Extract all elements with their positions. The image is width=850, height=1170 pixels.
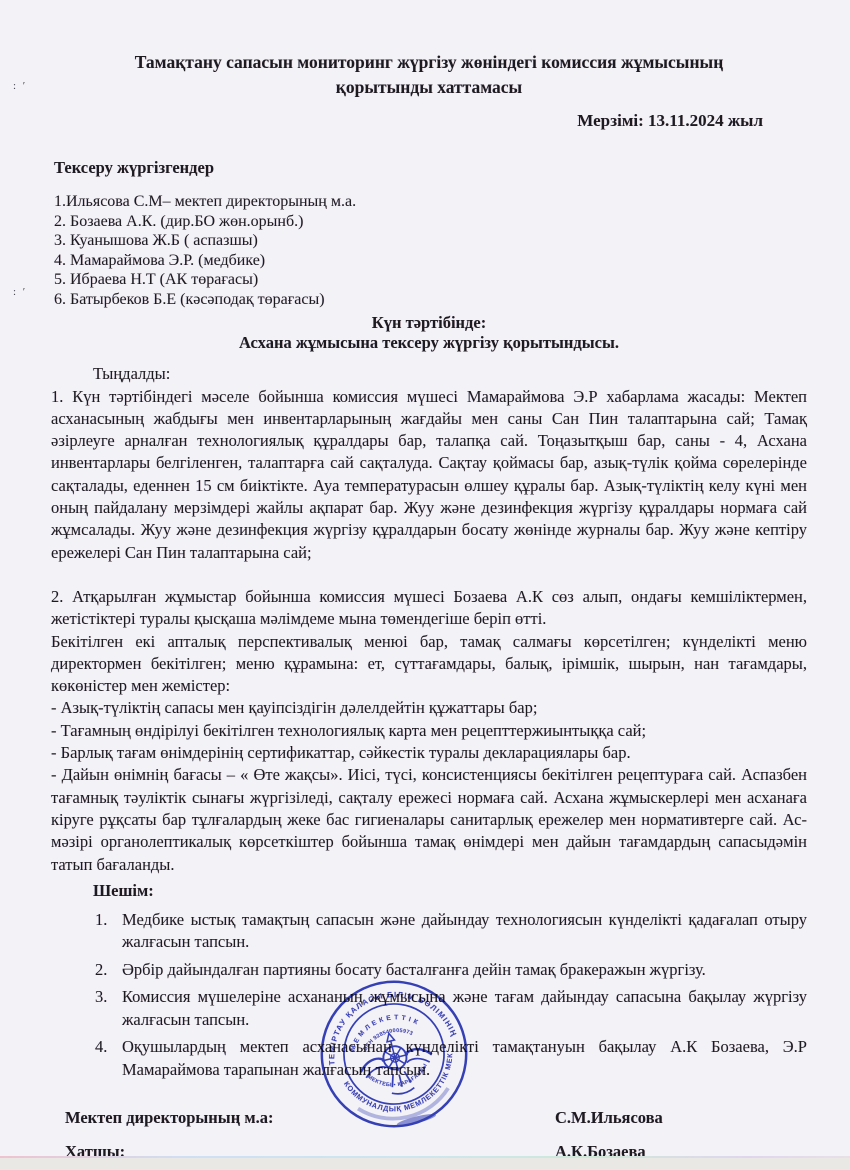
document-title-line-2: қорытынды хаттамасы [51, 75, 807, 100]
kazakhstan-emblem-icon [353, 1025, 439, 1102]
report-paragraph-1: 1. Күн тәртібіндегі мәселе бойынша комис… [51, 386, 807, 564]
decision-item: 1. Медбике ыстық тамақтың сапасын және д… [51, 909, 807, 954]
bullet-item: - Азық-түліктің сапасы мен қауіпсіздігін… [51, 697, 807, 719]
inspector-item: 3. Куанышова Ж.Б ( аспазшы) [54, 231, 807, 251]
decision-number: 3. [95, 986, 122, 1031]
decision-text: Медбике ыстық тамақтың сапасын және дайы… [122, 909, 807, 954]
decision-number: 2. [95, 959, 122, 982]
inspector-item: 4. Мамараймова Э.Р. (медбике) [54, 251, 807, 271]
bullet-item: - Барлық тағам өнімдерінің сертификаттар… [51, 742, 807, 764]
signature-role: Мектеп директорының м.а: [65, 1108, 273, 1127]
scan-artifact-mark: : ʹ [13, 286, 27, 298]
agenda-heading: Күн тәртібінде: [51, 313, 807, 333]
decision-number: 1. [95, 909, 122, 954]
scanner-background [0, 1158, 850, 1170]
scan-artifact-mark: : ʹ [13, 80, 27, 92]
inspector-item: 2. Бозаева А.К. (дир.БО жөн.орынб.) [54, 212, 807, 232]
report-paragraph-2b: Бекітілген екі апталық перспективалық ме… [51, 631, 807, 698]
agenda-subheading: Асхана жұмысына тексеру жүргізу қорытынд… [51, 333, 807, 353]
inspectors-list: 1.Ильясова С.М– мектеп директорының м.а.… [54, 192, 807, 310]
svg-text:МЕКТЕБІ • ҚАРАҒАНДЫ: МЕКТЕБІ • ҚАРАҒАНДЫ [365, 1060, 432, 1096]
signature-name: С.М.Ильясова [555, 1108, 663, 1128]
inspector-item: 6. Батырбеков Б.Е (кәсәподақ төрағасы) [54, 290, 807, 310]
document-title-line-1: Тамақтану сапасын мониторинг жүргізу жөн… [51, 50, 807, 75]
bullet-item: - Дайын өнімнің бағасы – « Өте жақсы». И… [51, 764, 807, 875]
report-paragraph-2: 2. Атқарылған жұмыстар бойынша комиссия … [51, 586, 807, 631]
decision-number: 4. [95, 1036, 122, 1081]
scanned-page: : ʹ : ʹ Тамақтану сапасын мониторинг жүр… [0, 0, 850, 1170]
date-line: Мерзімі: 13.11.2024 жыл [51, 111, 807, 131]
bullet-item: - Тағамның өндірілуі бекітілген технолог… [51, 720, 807, 742]
inspector-item: 1.Ильясова С.М– мектеп директорының м.а. [54, 192, 807, 212]
inspector-item: 5. Ибраева Н.Т (АК төрағасы) [54, 270, 807, 290]
inspectors-heading: Тексеру жүргізгендер [54, 158, 807, 178]
svg-text:ТЕМІРТАУ ҚАЛАСЫ БІЛІМ БӨЛІМІНІ: ТЕМІРТАУ ҚАЛАСЫ БІЛІМ БӨЛІМІНІҢ [317, 976, 459, 1069]
official-stamp: ТЕМІРТАУ ҚАЛАСЫ БІЛІМ БӨЛІМІНІҢ КОММУНАЛ… [317, 975, 471, 1133]
decision-heading: Шешім: [51, 881, 807, 901]
heard-label: Тыңдалды: [51, 364, 807, 384]
